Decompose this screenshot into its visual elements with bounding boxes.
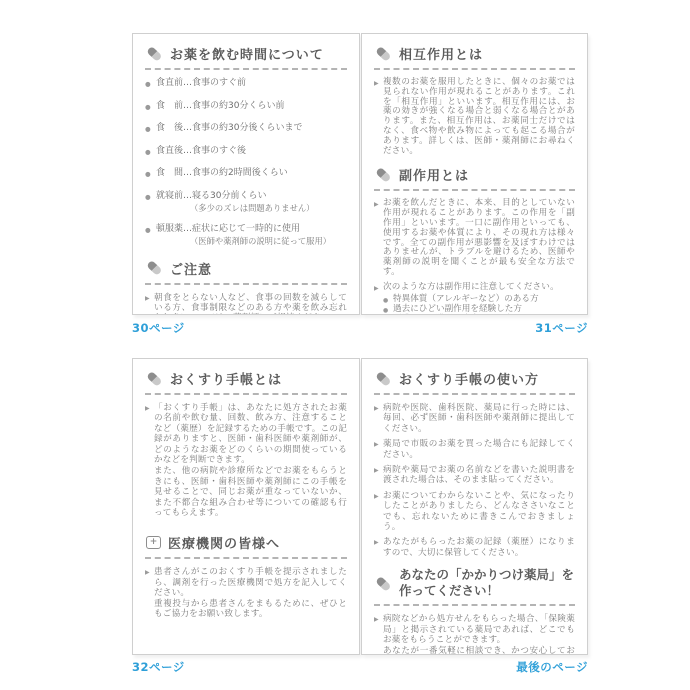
- page-32-panel: おくすり手帳とは ▶ 「おくすり手帳」は、あなたに処方されたお薬の名前や飲む量、…: [132, 358, 360, 655]
- section-title: お薬を飲む時間について: [170, 44, 324, 63]
- bullet-icon: ●: [145, 123, 156, 135]
- section-title-line2: 作ってください！: [399, 583, 574, 599]
- timing-text-main: 食直後…食事のすぐ後: [156, 146, 246, 157]
- interactions-paragraph: ▶ 複数のお薬を服用したときに、個々のお薬では見られない作用が現れることがありま…: [374, 78, 575, 156]
- page-label-30: 30ページ: [132, 320, 185, 336]
- family-pharmacy-paragraphs: ▶ 病院などから処方せんをもらった場合、「保険薬局」と掲示されている薬局であれば…: [374, 614, 575, 655]
- bullet-icon: ●: [145, 168, 156, 180]
- pill-icon-shape: [375, 575, 391, 591]
- arrow-icon: ▶: [374, 491, 383, 533]
- timing-text: 就寝前…寝る30分前くらい （多少のズレは問題ありません）: [156, 191, 314, 214]
- arrow-icon: ▶: [374, 439, 383, 460]
- arrow-icon: ▶: [145, 293, 154, 316]
- notebook-text-1: 「おくすり手帳」は、あなたに処方されたお薬の名前や飲む量、回数、飲み方、注意する…: [154, 403, 347, 465]
- usage-item: ▶ あなたがもらったお薬の記録（薬歴）になりますので、大切に保管してください。: [374, 537, 575, 558]
- bullet-icon: ●: [145, 224, 156, 247]
- usage-text: あなたがもらったお薬の記録（薬歴）になりますので、大切に保管してください。: [383, 537, 575, 558]
- page-label-32: 32ページ: [132, 659, 185, 675]
- pill-icon: [375, 576, 392, 590]
- usage-item: ▶ 病院や薬局でお薬の名前などを書いた説明書を渡された場合は、そのまま貼ってくだ…: [374, 465, 575, 486]
- section-heading-interactions: 相互作用とは: [374, 43, 575, 70]
- side-effects-paragraph: ▶ お薬を飲んだときに、本来、目的としていない作用が現れることがあります。この作…: [374, 199, 575, 277]
- side-effects-caution-lead: ▶ 次のような方は副作用に注意してください。: [374, 283, 575, 293]
- timing-item: ● 頓服薬…症状に応じて一時的に使用 （医師や薬剤師の説明に従って服用）: [145, 224, 347, 247]
- usage-text: 病院や薬局でお薬の名前などを書いた説明書を渡された場合は、そのまま貼ってください…: [383, 465, 575, 486]
- arrow-icon: ▶: [374, 537, 383, 558]
- timing-text-main: 就寝前…寝る30分前くらい: [156, 191, 314, 202]
- section-title: 相互作用とは: [399, 44, 483, 63]
- caution-text: 朝食をとらない人など、食事の回数を減らしている方、食事制限などのある方や薬を飲み…: [154, 293, 347, 316]
- arrow-icon: ▶: [374, 78, 383, 156]
- page-labels-top: 30ページ 31ページ: [132, 320, 588, 336]
- pill-icon: [146, 47, 163, 61]
- timing-text: 食 前…食事の約30分くらい前: [156, 101, 284, 113]
- timing-text-main: 食 間…食事の約2時間後くらい: [156, 168, 288, 179]
- timing-item: ● 食直後…食事のすぐ後: [145, 146, 347, 158]
- pill-icon-shape: [146, 260, 162, 276]
- section-title: 副作用とは: [399, 165, 469, 184]
- pill-icon-shape: [146, 46, 162, 62]
- arrow-icon: ▶: [145, 403, 154, 518]
- section-title-line1: あなたの「かかりつけ薬局」を: [399, 567, 574, 583]
- pill-icon: [375, 47, 392, 61]
- bullet-icon: ●: [145, 101, 156, 113]
- booklet-spread: お薬を飲む時間について ● 食直前…食事のすぐ前 ● 食 前…食事の約30分くら…: [0, 0, 690, 690]
- usage-text: 薬局で市販のお薬を買った場合にも記録してください。: [383, 439, 575, 460]
- last-page-panel: おくすり手帳の使い方 ▶ 病院や医院、歯科医院、薬局に行った時には、毎回、必ず医…: [361, 358, 588, 655]
- section-heading-caution: ご注意: [145, 258, 347, 285]
- pill-icon: [146, 372, 163, 386]
- timing-text-main: 食直前…食事のすぐ前: [156, 78, 246, 89]
- arrow-icon: ▶: [374, 199, 383, 277]
- section-heading-family-pharmacy: あなたの「かかりつけ薬局」を 作ってください！: [374, 566, 575, 606]
- interactions-text: 複数のお薬を服用したときに、個々のお薬では見られない作用が現れることがあります。…: [383, 78, 575, 156]
- caution-lead-text: 次のような方は副作用に注意してください。: [383, 283, 575, 293]
- medical-institutions-paragraphs: ▶ 患者さんがこのおくすり手帳を提示されましたら、調剤を行った医療機関で処方を記…: [145, 567, 347, 619]
- section-title: おくすり手帳とは: [170, 369, 282, 388]
- timing-item: ● 食 前…食事の約30分くらい前: [145, 101, 347, 113]
- section-heading-medical-institutions: + 医療機関の皆様へ: [145, 532, 347, 559]
- medical-cross-icon: +: [146, 536, 161, 549]
- section-title: 医療機関の皆様へ: [168, 533, 280, 552]
- timing-text: 食直前…食事のすぐ前: [156, 78, 246, 90]
- timing-item: ● 食 後…食事の約30分後くらいまで: [145, 123, 347, 135]
- timing-text-note: （医師や薬剤師の説明に従って服用）: [156, 236, 331, 247]
- section-heading-notebook: おくすり手帳とは: [145, 368, 347, 395]
- section-heading-medicine-times: お薬を飲む時間について: [145, 43, 347, 70]
- page-labels-bottom: 32ページ 最後のページ: [132, 659, 588, 675]
- timing-text: 食 後…食事の約30分後くらいまで: [156, 123, 302, 135]
- timing-item: ● 食 間…食事の約2時間後くらい: [145, 168, 347, 180]
- usage-item: ▶ 薬局で市販のお薬を買った場合にも記録してください。: [374, 439, 575, 460]
- notebook-text-2: また、他の病院や診療所などでお薬をもらうときにも、医師・歯科医師や薬剤師にこの手…: [154, 466, 347, 518]
- arrow-icon: ▶: [374, 465, 383, 486]
- arrow-icon: ▶: [374, 283, 383, 293]
- section-title: ご注意: [170, 259, 212, 278]
- section-title: おくすり手帳の使い方: [399, 369, 539, 388]
- bullet-icon: ●: [145, 146, 156, 158]
- medical-institutions-text-1: 患者さんがこのおくすり手帳を提示されましたら、調剤を行った医療機関で処方を記入し…: [154, 567, 347, 598]
- timing-text: 食 間…食事の約2時間後くらい: [156, 168, 288, 180]
- usage-text: 病院や医院、歯科医院、薬局に行った時には、毎回、必ず医師・歯科医師や薬剤師に提出…: [383, 403, 575, 434]
- timing-text: 食直後…食事のすぐ後: [156, 146, 246, 158]
- bullet-icon: ●: [383, 305, 393, 315]
- family-pharmacy-text-2: あなたが一番気軽に相談でき、かつ安心してお薬をもらえる「かかりつけ薬局」を作り、…: [383, 646, 575, 656]
- page-31-panel: 相互作用とは ▶ 複数のお薬を服用したときに、個々のお薬では見られない作用が現れ…: [361, 33, 588, 315]
- bullet-icon: ●: [145, 191, 156, 214]
- arrow-icon: ▶: [374, 614, 383, 655]
- pill-icon-shape: [146, 371, 162, 387]
- section-heading-notebook-usage: おくすり手帳の使い方: [374, 368, 575, 395]
- pill-icon-shape: [375, 46, 391, 62]
- page-label-31: 31ページ: [535, 320, 588, 336]
- timing-text-main: 食 前…食事の約30分くらい前: [156, 101, 284, 112]
- family-pharmacy-text-1: 病院などから処方せんをもらった場合、「保険薬局」と掲示されている薬局であれば、ど…: [383, 614, 575, 645]
- usage-item: ▶ 病院や医院、歯科医院、薬局に行った時には、毎回、必ず医師・歯科医師や薬剤師に…: [374, 403, 575, 434]
- timing-text-note: （多少のズレは問題ありません）: [156, 203, 314, 214]
- pill-icon-shape: [375, 371, 391, 387]
- usage-item: ▶ お薬についてわからないことや、気になったりしたことがありましたら、どんなささ…: [374, 491, 575, 533]
- medical-institutions-text-2: 重複投与から患者さんをまもるために、ぜひともご協力をお願い致します。: [154, 599, 347, 620]
- arrow-icon: ▶: [374, 403, 383, 434]
- section-heading-side-effects: 副作用とは: [374, 164, 575, 191]
- pill-icon-shape: [375, 167, 391, 183]
- pill-icon: [146, 261, 163, 275]
- timing-text-main: 食 後…食事の約30分後くらいまで: [156, 123, 302, 134]
- timing-item: ● 就寝前…寝る30分前くらい （多少のズレは問題ありません）: [145, 191, 347, 214]
- timing-text-main: 頓服薬…症状に応じて一時的に使用: [156, 224, 331, 235]
- notebook-paragraphs: ▶ 「おくすり手帳」は、あなたに処方されたお薬の名前や飲む量、回数、飲み方、注意…: [145, 403, 347, 518]
- page-30-panel: お薬を飲む時間について ● 食直前…食事のすぐ前 ● 食 前…食事の約30分くら…: [132, 33, 360, 315]
- caution-note: ▶ 朝食をとらない人など、食事の回数を減らしている方、食事制限などのある方や薬を…: [145, 293, 347, 316]
- bullet-icon: ●: [145, 78, 156, 90]
- pill-icon: [375, 372, 392, 386]
- timing-text: 頓服薬…症状に応じて一時的に使用 （医師や薬剤師の説明に従って服用）: [156, 224, 331, 247]
- usage-text: お薬についてわからないことや、気になったりしたことがありましたら、どんなささいな…: [383, 491, 575, 533]
- arrow-icon: ▶: [145, 567, 154, 619]
- timing-item: ● 食直前…食事のすぐ前: [145, 78, 347, 90]
- side-effects-text: お薬を飲んだときに、本来、目的としていない作用が現れることがあります。この作用を…: [383, 199, 575, 277]
- page-label-last: 最後のページ: [516, 659, 588, 675]
- bullet-icon: ●: [383, 295, 393, 305]
- pill-icon: [375, 168, 392, 182]
